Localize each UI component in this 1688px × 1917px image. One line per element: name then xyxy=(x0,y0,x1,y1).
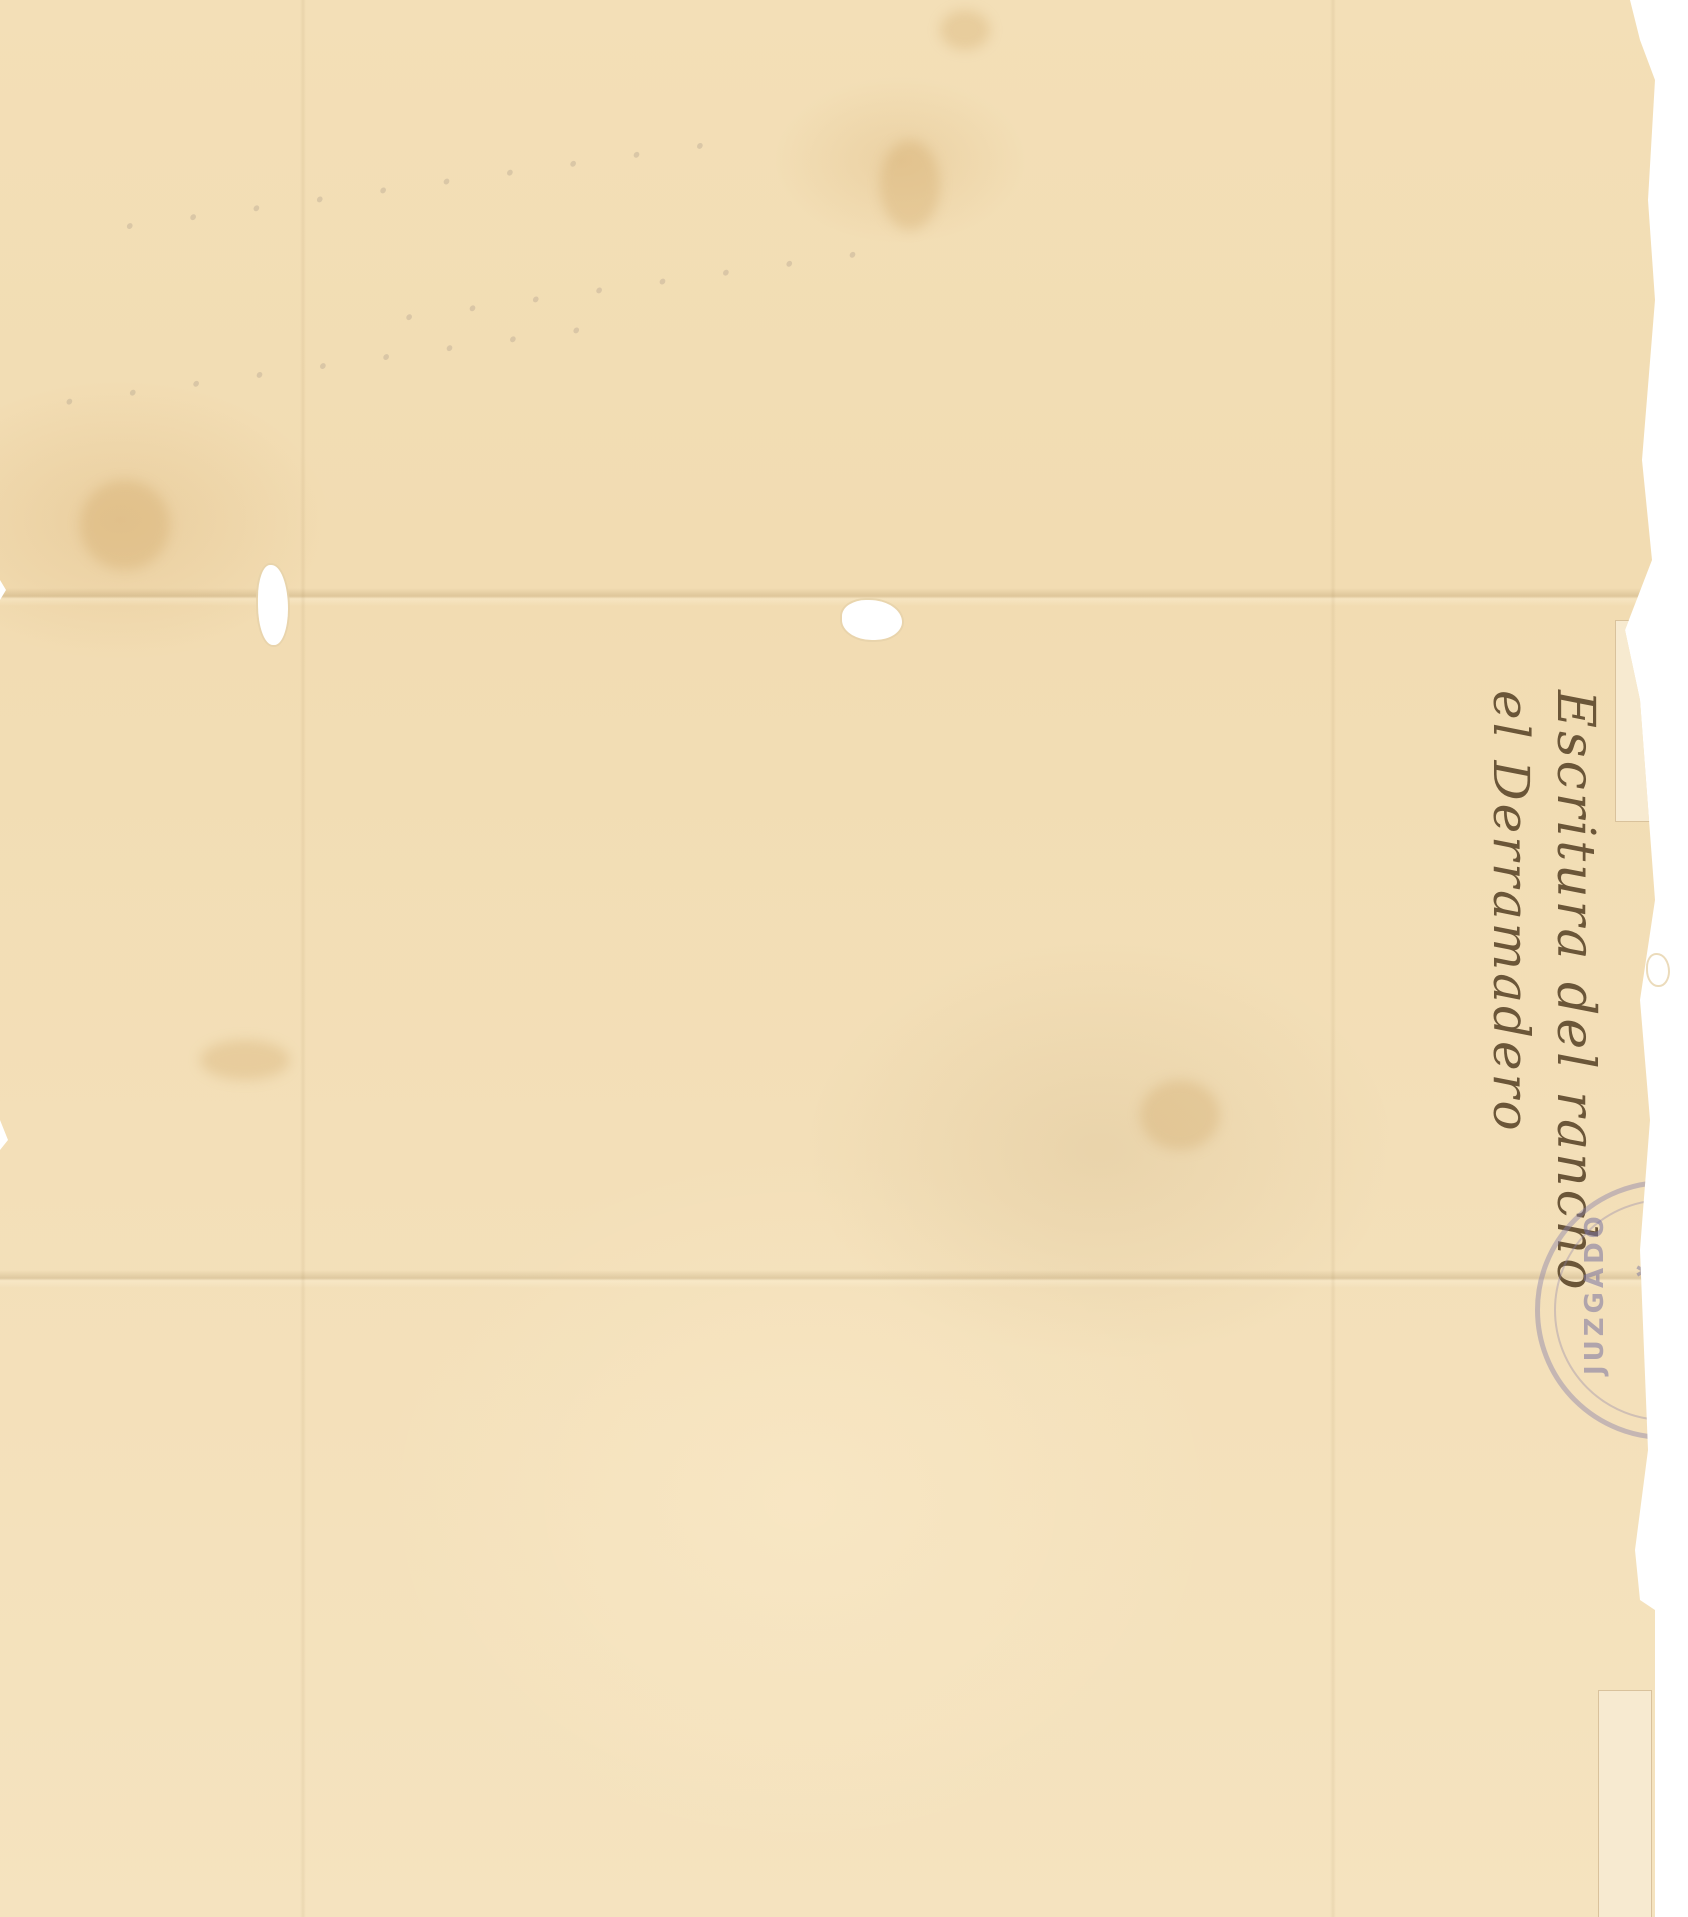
torn-edge-patch xyxy=(1598,1690,1652,1917)
annotation-line-2: el Derramadero xyxy=(1482,690,1540,1134)
fold-line xyxy=(0,588,1655,606)
stain xyxy=(80,480,170,570)
vertical-crease xyxy=(1330,0,1336,1917)
vertical-crease xyxy=(300,0,306,1917)
star-icon: ✱ xyxy=(1635,1260,1653,1285)
stamp-inner-ring xyxy=(1554,1199,1688,1421)
stain xyxy=(200,1040,290,1080)
stain xyxy=(940,10,990,50)
stamp-text: JUZGADO xyxy=(1580,1212,1610,1375)
worm-hole xyxy=(842,600,902,640)
stain xyxy=(1140,1080,1220,1150)
worm-hole xyxy=(1648,955,1668,985)
bleed-through-line: · · · · · · · · · · xyxy=(119,118,728,253)
document-page: · · · · · · · · · · · · · · · · · · · · … xyxy=(0,0,1655,1917)
bleed-through-line: · · · · · · · · · xyxy=(59,302,605,428)
fold-line xyxy=(0,1270,1655,1288)
torn-edge-patch xyxy=(1615,620,1657,822)
stain xyxy=(880,140,940,230)
